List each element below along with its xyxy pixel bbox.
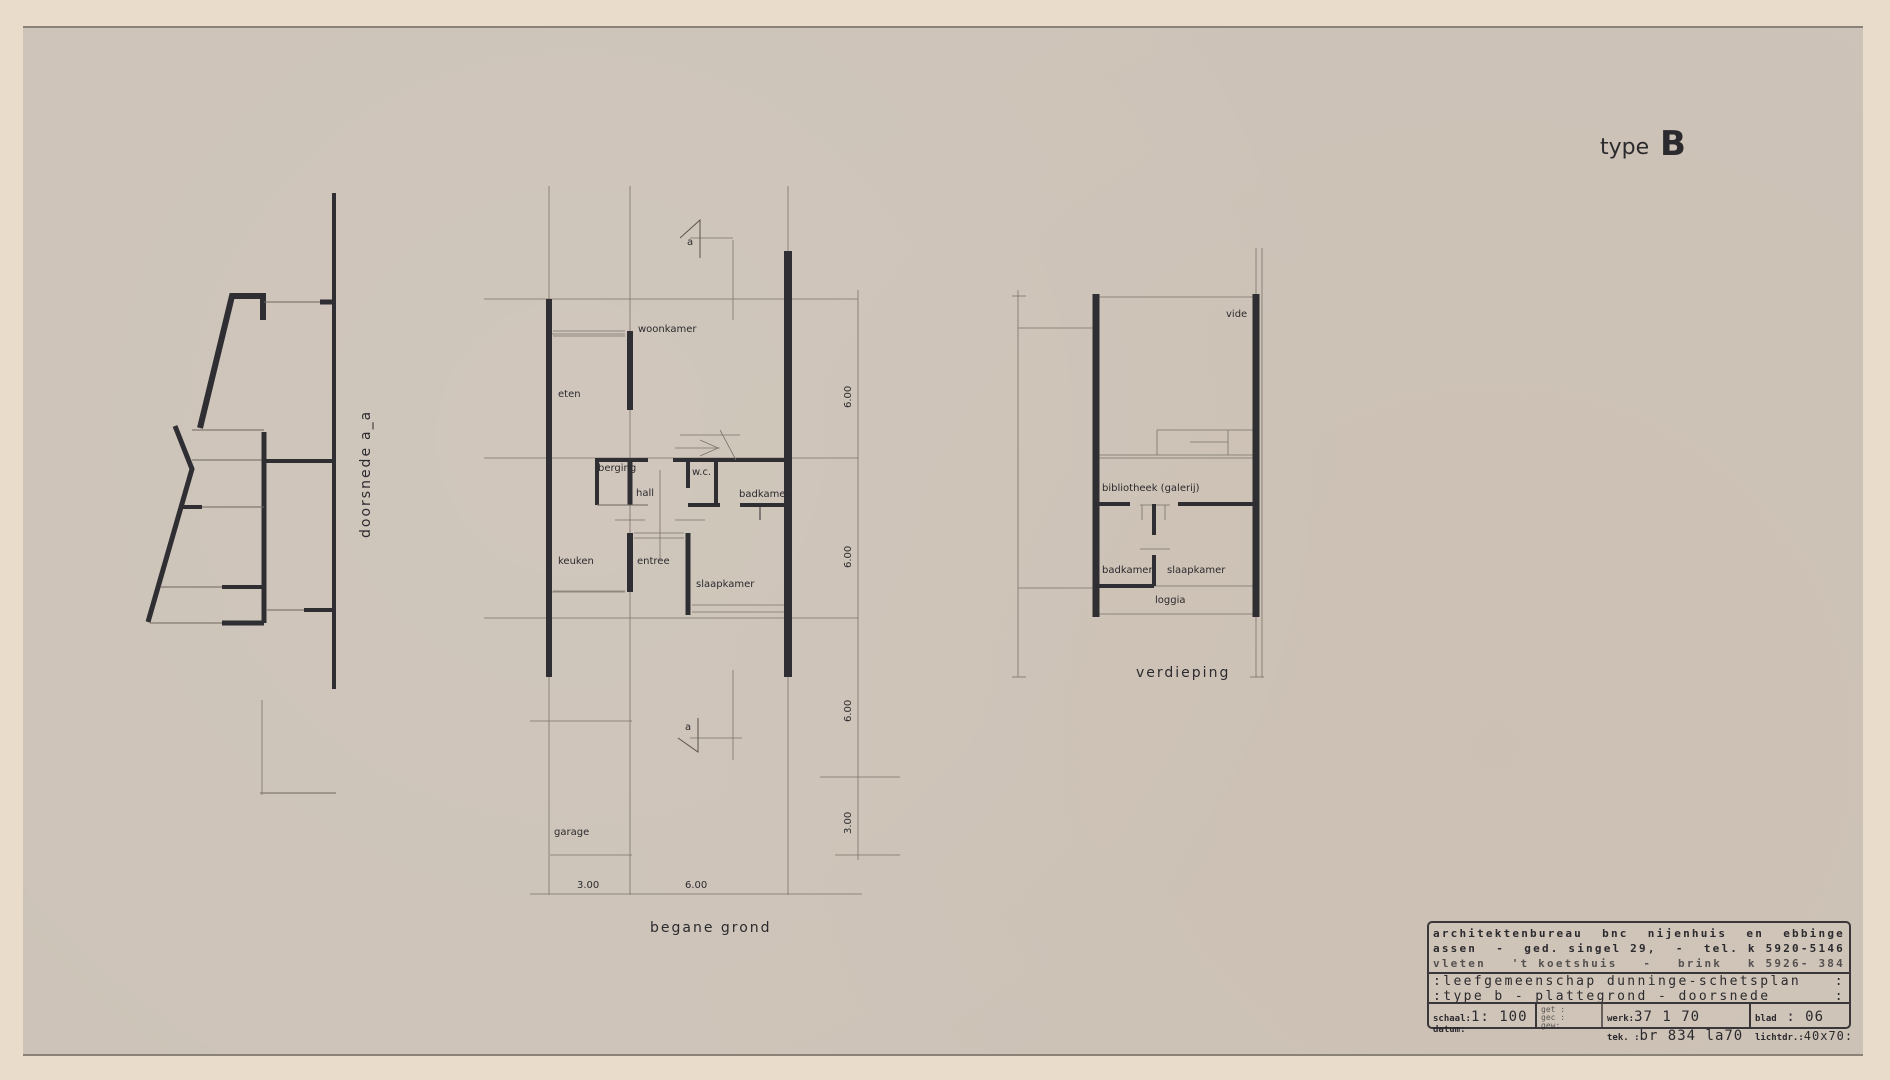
room-woonkamer: woonkamer — [638, 324, 697, 335]
lichtdr-label: lichtdr.: — [1755, 1033, 1804, 1043]
address1-phone: tel. k 5920-5146 — [1704, 941, 1845, 956]
office-info: architektenbureau bnc nijenhuis en ebbin… — [1429, 926, 1849, 971]
upper-floor-caption: verdieping — [1136, 665, 1230, 681]
address2-street: brink — [1678, 956, 1722, 971]
dim-horizontal-1: 3.00 — [577, 880, 599, 891]
lichtdr-value: 40x70: — [1804, 1029, 1853, 1043]
section-drawing — [148, 193, 336, 795]
project-info: :leefgemeenschap dunninge-schetsplan: :t… — [1429, 972, 1849, 1002]
room-entree: entree — [637, 556, 670, 567]
room-slaapkamer: slaapkamer — [696, 579, 754, 590]
room-hall: hall — [636, 488, 654, 499]
scale-value: 1: 100 — [1471, 1009, 1528, 1025]
section-marker-bottom: a — [685, 722, 691, 733]
room-badkamer: badkamer — [739, 489, 790, 500]
section-caption: doorsnede — [358, 446, 374, 538]
dim-horizontal-2: 6.00 — [685, 880, 707, 891]
address1-city: assen — [1433, 941, 1477, 956]
type-letter: B — [1660, 124, 1685, 164]
room-keuken: keuken — [558, 556, 594, 567]
address2-city: vleten — [1433, 956, 1486, 971]
room-bibliotheek: bibliotheek (galerij) — [1102, 483, 1200, 494]
dim-vertical-4: 3.00 — [843, 812, 854, 834]
project-title: :leefgemeenschap dunninge-schetsplan — [1433, 974, 1801, 989]
blad-label: blad — [1755, 1014, 1777, 1024]
room-vide: vide — [1226, 309, 1247, 320]
room-eten: eten — [558, 389, 581, 400]
title-block: architektenbureau bnc nijenhuis en ebbin… — [1427, 921, 1851, 1029]
meta-info: schaal:1: 100 datum: get : gec : gew: we… — [1429, 1002, 1849, 1027]
separator: - — [1496, 941, 1505, 956]
room-berging: berging — [598, 463, 636, 474]
office-and: en — [1746, 926, 1764, 941]
office-bnc: bnc — [1602, 926, 1628, 941]
room-badkamer-upper: badkamer — [1102, 565, 1153, 576]
werk-value: 37 1 70 — [1634, 1009, 1700, 1025]
address1-street: ged. singel 29, — [1524, 941, 1656, 956]
office-name: architektenbureau — [1433, 926, 1583, 941]
date-label: datum: — [1433, 1025, 1531, 1035]
dim-vertical-2: 6.00 — [843, 546, 854, 568]
office-partner-1: nijenhuis — [1648, 926, 1727, 941]
dim-vertical-3: 6.00 — [843, 700, 854, 722]
gew-label: gew: — [1541, 1022, 1597, 1030]
room-slaapkamer-upper: slaapkamer — [1167, 565, 1225, 576]
section-marker-top: a — [687, 237, 693, 248]
address2-building: 't koetshuis — [1512, 956, 1618, 971]
section-mark: a_a — [358, 410, 374, 440]
architectural-drawing — [0, 0, 1890, 1080]
scale-label: schaal: — [1433, 1014, 1471, 1024]
dim-vertical-1: 6.00 — [843, 386, 854, 408]
separator: - — [1676, 941, 1685, 956]
tek-value: br 834 la70 — [1640, 1028, 1744, 1044]
room-garage: garage — [554, 827, 589, 838]
room-wc: w.c. — [692, 467, 711, 478]
blad-value: : 06 — [1786, 1009, 1824, 1025]
address2-phone: k 5926- 384 — [1748, 956, 1845, 971]
type-label: type — [1600, 135, 1649, 160]
office-partner-2: ebbinge — [1783, 926, 1845, 941]
separator: - — [1643, 956, 1652, 971]
ground-floor-caption: begane grond — [650, 920, 772, 936]
tek-label: tek. : — [1607, 1033, 1640, 1043]
room-loggia: loggia — [1155, 595, 1186, 606]
ground-floor-plan — [484, 186, 900, 895]
werk-label: werk: — [1607, 1014, 1634, 1024]
colon: : — [1835, 974, 1845, 989]
